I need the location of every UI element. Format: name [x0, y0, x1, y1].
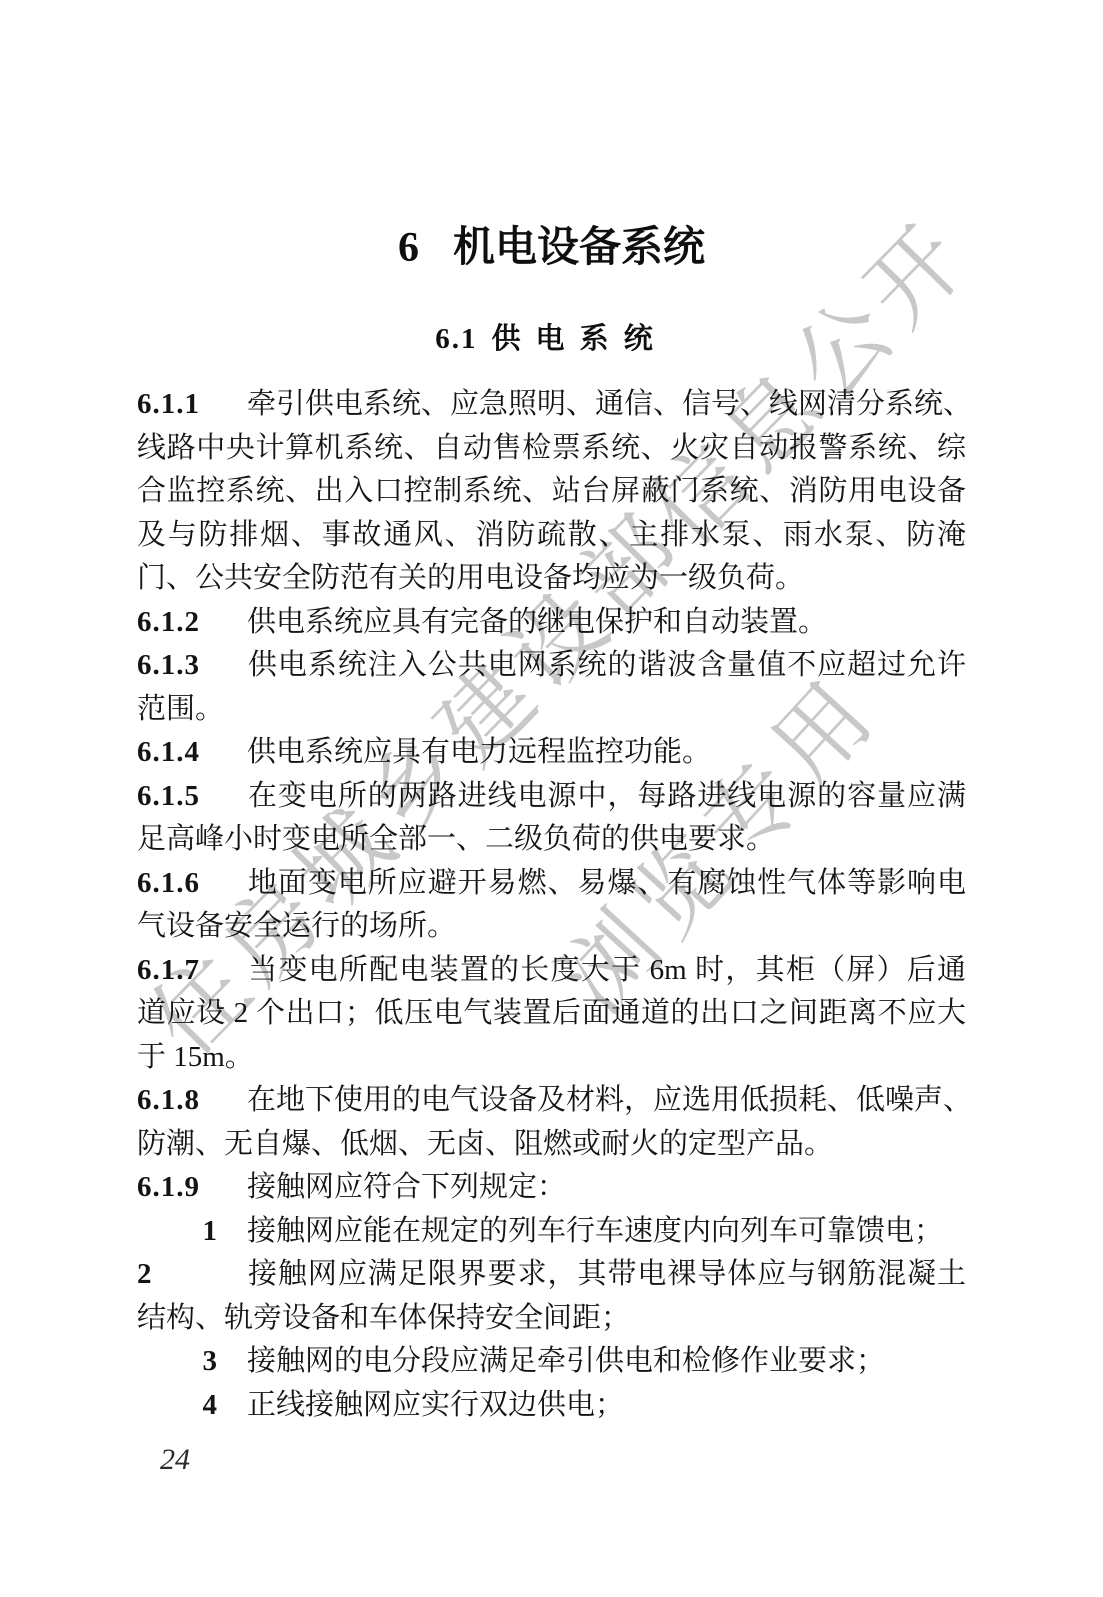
clause-number: 6.1.3 [137, 644, 247, 688]
clause-number: 6.1.2 [137, 601, 247, 645]
text-line: 6.1.9接触网应符合下列规定： [137, 1166, 966, 1210]
clause-6.1.7: 6.1.7当变电所配电装置的长度大于 6m 时，其柜（屏）后通 道应设 2 个出… [137, 949, 966, 1080]
text-line: 6.1.2供电系统应具有完备的继电保护和自动装置。 [137, 601, 966, 645]
text-line: 线路中央计算机系统、自动售检票系统、火灾自动报警系统、综 [137, 427, 966, 471]
subitem-2: 2接触网应满足限界要求，其带电裸导体应与钢筋混凝土 结构、轨旁设备和车体保持安全… [137, 1253, 966, 1340]
clause-6.1.5: 6.1.5在变电所的两路进线电源中，每路进线电源的容量应满 足高峰小时变电所全部… [137, 775, 966, 862]
clause-number: 6.1.6 [137, 862, 247, 906]
document-page: 住房城乡建设部信息公开 浏览专用 6机电设备系统 6.1供电系统 6.1.1牵引… [0, 0, 1103, 1597]
text-line: 结构、轨旁设备和车体保持安全间距； [137, 1297, 966, 1341]
subitem-3: 3接触网的电分段应满足牵引供电和检修作业要求； [137, 1340, 966, 1384]
item-number: 1 [137, 1210, 247, 1254]
text-line: 6.1.5在变电所的两路进线电源中，每路进线电源的容量应满 [137, 775, 966, 819]
text-line: 足高峰小时变电所全部一、二级负荷的供电要求。 [137, 818, 966, 862]
text-line: 合监控系统、出入口控制系统、站台屏蔽门系统、消防用电设备 [137, 470, 966, 514]
text-line: 防潮、无自爆、低烟、无卤、阻燃或耐火的定型产品。 [137, 1123, 966, 1167]
subitem-4: 4正线接触网应实行双边供电； [137, 1384, 966, 1428]
section-heading: 6.1供电系统 [0, 317, 1103, 361]
chapter-title: 机电设备系统 [453, 225, 705, 271]
text-line: 范围。 [137, 688, 966, 732]
clause-6.1.3: 6.1.3供电系统注入公共电网系统的谐波含量值不应超过允许 范围。 [137, 644, 966, 731]
chapter-heading: 6机电设备系统 [0, 218, 1103, 278]
item-number: 3 [137, 1340, 247, 1384]
subitem-1: 1接触网应能在规定的列车行车速度内向列车可靠馈电； [137, 1210, 966, 1254]
text-line: 6.1.8在地下使用的电气设备及材料，应选用低损耗、低噪声、 [137, 1079, 966, 1123]
item-number: 4 [137, 1384, 247, 1428]
text-line: 6.1.7当变电所配电装置的长度大于 6m 时，其柜（屏）后通 [137, 949, 966, 993]
text-line: 2接触网应满足限界要求，其带电裸导体应与钢筋混凝土 [137, 1253, 966, 1297]
clause-6.1.6: 6.1.6地面变电所应避开易燃、易爆、有腐蚀性气体等影响电 气设备安全运行的场所… [137, 862, 966, 949]
text-line: 及与防排烟、事故通风、消防疏散、主排水泵、雨水泵、防淹 [137, 514, 966, 558]
clause-number: 6.1.7 [137, 949, 247, 993]
text-line: 6.1.4供电系统应具有电力远程监控功能。 [137, 731, 966, 775]
clause-number: 6.1.9 [137, 1166, 247, 1210]
clause-6.1.2: 6.1.2供电系统应具有完备的继电保护和自动装置。 [137, 601, 966, 645]
text-line: 6.1.6地面变电所应避开易燃、易爆、有腐蚀性气体等影响电 [137, 862, 966, 906]
chapter-number: 6 [398, 225, 419, 271]
item-number: 2 [137, 1253, 247, 1297]
text-line: 6.1.1牵引供电系统、应急照明、通信、信号、线网清分系统、 [137, 383, 966, 427]
text-line: 于 15m。 [137, 1036, 966, 1080]
text-line: 4正线接触网应实行双边供电； [137, 1384, 966, 1428]
clause-6.1.9: 6.1.9接触网应符合下列规定： [137, 1166, 966, 1210]
clause-number: 6.1.1 [137, 383, 247, 427]
text-line: 气设备安全运行的场所。 [137, 905, 966, 949]
page-number: 24 [160, 1438, 190, 1482]
text-line: 6.1.3供电系统注入公共电网系统的谐波含量值不应超过允许 [137, 644, 966, 688]
body-text: 6.1.1牵引供电系统、应急照明、通信、信号、线网清分系统、 线路中央计算机系统… [137, 383, 966, 1427]
text-line: 3接触网的电分段应满足牵引供电和检修作业要求； [137, 1340, 966, 1384]
clause-6.1.8: 6.1.8在地下使用的电气设备及材料，应选用低损耗、低噪声、 防潮、无自爆、低烟… [137, 1079, 966, 1166]
clause-number: 6.1.4 [137, 731, 247, 775]
clause-6.1.4: 6.1.4供电系统应具有电力远程监控功能。 [137, 731, 966, 775]
section-number: 6.1 [435, 323, 477, 355]
text-line: 门、公共安全防范有关的用电设备均应为一级负荷。 [137, 557, 966, 601]
clause-number: 6.1.8 [137, 1079, 247, 1123]
text-line: 1接触网应能在规定的列车行车速度内向列车可靠馈电； [137, 1210, 966, 1254]
clause-6.1.1: 6.1.1牵引供电系统、应急照明、通信、信号、线网清分系统、 线路中央计算机系统… [137, 383, 966, 601]
clause-number: 6.1.5 [137, 775, 247, 819]
section-title: 供电系统 [491, 323, 667, 355]
text-line: 道应设 2 个出口；低压电气装置后面通道的出口之间距离不应大 [137, 992, 966, 1036]
